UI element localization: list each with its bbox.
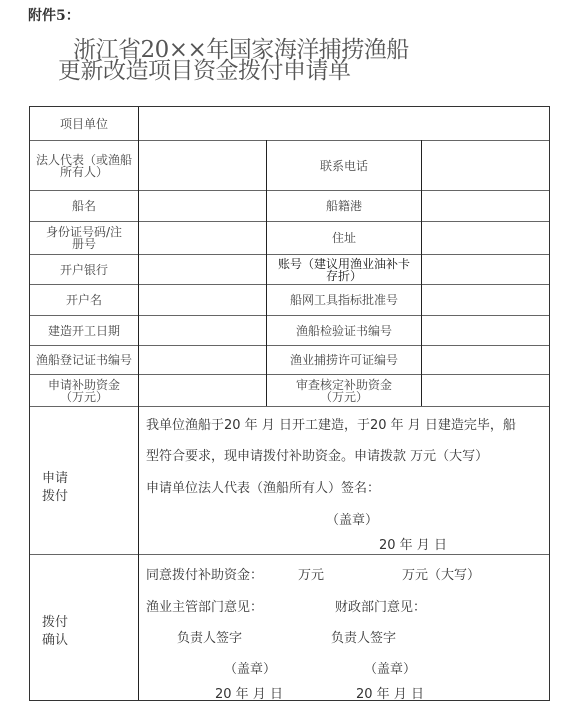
signer-right: 负责人签字 [331, 627, 396, 646]
label-address: 住址 [267, 222, 421, 254]
field-bank[interactable] [139, 255, 266, 284]
label-gear-quota-number: 船网工具指标批准号 [267, 285, 421, 315]
field-phone[interactable] [422, 141, 549, 190]
label-construction-start-date: 建造开工日期 [30, 316, 138, 345]
date-right: 20 年 月 日 [356, 683, 424, 702]
field-fishing-license-number[interactable] [422, 346, 549, 374]
label-phone: 联系电话 [267, 141, 421, 190]
label-fishing-license-number: 渔业捕捞许可证编号 [267, 346, 421, 374]
label-inspection-cert-number: 渔船检验证书编号 [267, 316, 421, 345]
field-construction-start-date[interactable] [139, 316, 266, 345]
label-legal-rep: 法人代表（或渔船所有人） [30, 141, 138, 190]
seal-left: （盖章） [224, 658, 276, 677]
field-ship-name[interactable] [139, 191, 266, 221]
attachment-label: 附件5： [28, 5, 80, 25]
confirm-unit: 万元 [298, 564, 324, 583]
field-legal-rep[interactable] [139, 141, 266, 190]
label-port-of-registry: 船籍港 [267, 191, 421, 221]
field-account-name[interactable] [139, 285, 266, 315]
seal-right: （盖章） [364, 658, 416, 677]
confirm-unit-caps: 万元（大写） [402, 564, 480, 583]
apply-text-line1: 我单位渔船于20 年 月 日开工建造，于20 年 月 日建造完毕，船 [146, 414, 516, 433]
confirm-agree-text: 同意拨付补助资金： [146, 564, 263, 583]
label-account: 账号（建议用渔业油补卡存折） [267, 255, 421, 284]
field-id-number[interactable] [139, 222, 266, 254]
apply-text-line2: 型符合要求，现申请拨付补助资金。申请拨款 万元（大写） [146, 445, 488, 464]
label-bank: 开户银行 [30, 255, 138, 284]
label-requested-subsidy: 申请补助资金（万元） [30, 375, 138, 406]
field-account[interactable] [422, 255, 549, 284]
apply-signature-label: 申请单位法人代表（渔船所有人）签名： [146, 477, 380, 496]
field-approved-subsidy[interactable] [422, 375, 549, 406]
label-account-name: 开户名 [30, 285, 138, 315]
field-gear-quota-number[interactable] [422, 285, 549, 315]
field-registration-cert-number[interactable] [139, 346, 266, 374]
apply-seal: （盖章） [326, 509, 378, 528]
finance-dept-opinion: 财政部门意见： [335, 596, 426, 615]
label-ship-name: 船名 [30, 191, 138, 221]
fishery-dept-opinion: 渔业主管部门意见： [146, 596, 263, 615]
confirm-section-label-1: 拨付 [42, 611, 68, 630]
apply-section-label-1: 申请 [42, 467, 68, 486]
field-requested-subsidy[interactable] [139, 375, 266, 406]
field-address[interactable] [422, 222, 549, 254]
label-approved-subsidy: 审查核定补助资金（万元） [267, 375, 421, 406]
confirm-section-label-2: 确认 [42, 629, 68, 648]
field-port-of-registry[interactable] [422, 191, 549, 221]
application-form-table: 项目单位 法人代表（或渔船所有人） 联系电话 船名 船籍港 身份证号码/注册号 … [29, 106, 550, 701]
apply-section-label-2: 拨付 [42, 485, 68, 504]
field-project-unit[interactable] [139, 107, 549, 140]
page-title-line2: 更新改造项目资金拨付申请单 [58, 59, 351, 83]
apply-date: 20 年 月 日 [379, 534, 447, 553]
field-inspection-cert-number[interactable] [422, 316, 549, 345]
signer-left: 负责人签字 [177, 627, 242, 646]
label-registration-cert-number: 渔船登记证书编号 [30, 346, 138, 374]
label-project-unit: 项目单位 [30, 107, 138, 140]
label-id-number: 身份证号码/注册号 [30, 222, 138, 254]
date-left: 20 年 月 日 [215, 683, 283, 702]
